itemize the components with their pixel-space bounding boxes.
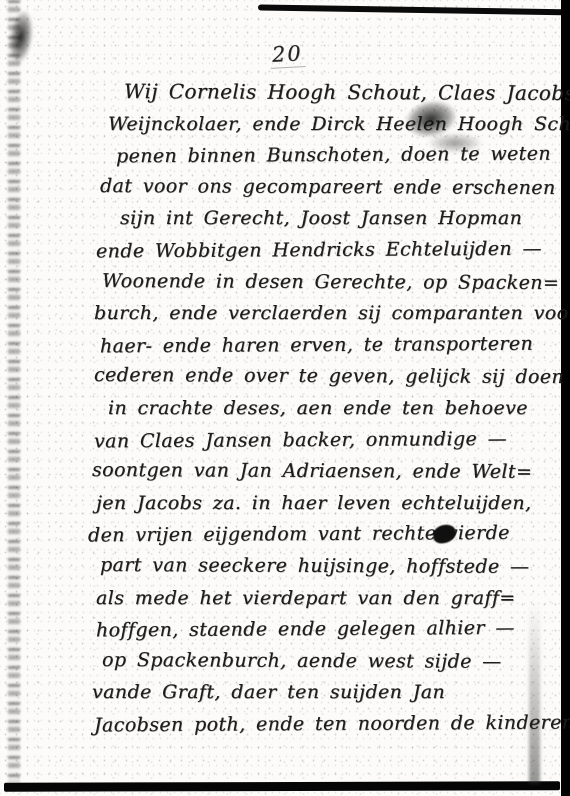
manuscript-line: dat voor ons gecompareert ende erschenen (100, 171, 552, 205)
manuscript-line: van Claes Jansen backer, onmundige — (94, 423, 552, 457)
manuscript-line: in crachte deses, aen ende ten behoeve (108, 393, 552, 425)
manuscript-line: sijn int Gerecht, Joost Jansen Hopman (120, 203, 552, 235)
manuscript-line: op Spackenburch, aende west sijde — (102, 645, 552, 679)
scan-edge-bottom (4, 781, 560, 791)
manuscript-line: burch, ende verclaerden sij comparanten … (94, 298, 552, 330)
page-number: 20 (269, 41, 305, 69)
manuscript-line: Woonende in desen Gerechte, op Spacken= (102, 266, 552, 300)
scan-edge-top (258, 4, 570, 15)
manuscript-line: als mede het vierdepart van den graff= (96, 583, 552, 615)
manuscript-text: Wij Cornelis Hoogh Schout, Claes Jacobse… (0, 77, 552, 740)
manuscript-line: haer- ende haren erven, te transporteren (100, 328, 552, 362)
manuscript-line: vande Graft, daer ten suijden Jan (92, 677, 552, 709)
manuscript-line: Jacobsen poth, ende ten noorden de kinde… (94, 707, 552, 741)
manuscript-line: jen Jacobs za. in haer leven echteluijde… (96, 488, 552, 520)
manuscript-line: hoffgen, staende ende gelegen alhier — (96, 613, 552, 647)
manuscript-line: den vrijen eijgendom vant rechte vierde (88, 518, 552, 552)
ink-smudge (420, 130, 490, 156)
manuscript-line: soontgen van Jan Adriaensen, ende Welt= (92, 455, 552, 489)
manuscript-line: Wij Cornelis Hoogh Schout, Claes Jacobse… (124, 76, 552, 109)
manuscript-line: ende Wobbitgen Hendricks Echteluijden — (96, 234, 552, 268)
scanned-manuscript-page: 20 Wij Cornelis Hoogh Schout, Claes Jaco… (0, 0, 570, 796)
manuscript-line: part van seeckere huijsinge, hoffstede — (100, 550, 552, 584)
manuscript-line: cederen ende over te geven, gelijck sij … (94, 360, 552, 394)
